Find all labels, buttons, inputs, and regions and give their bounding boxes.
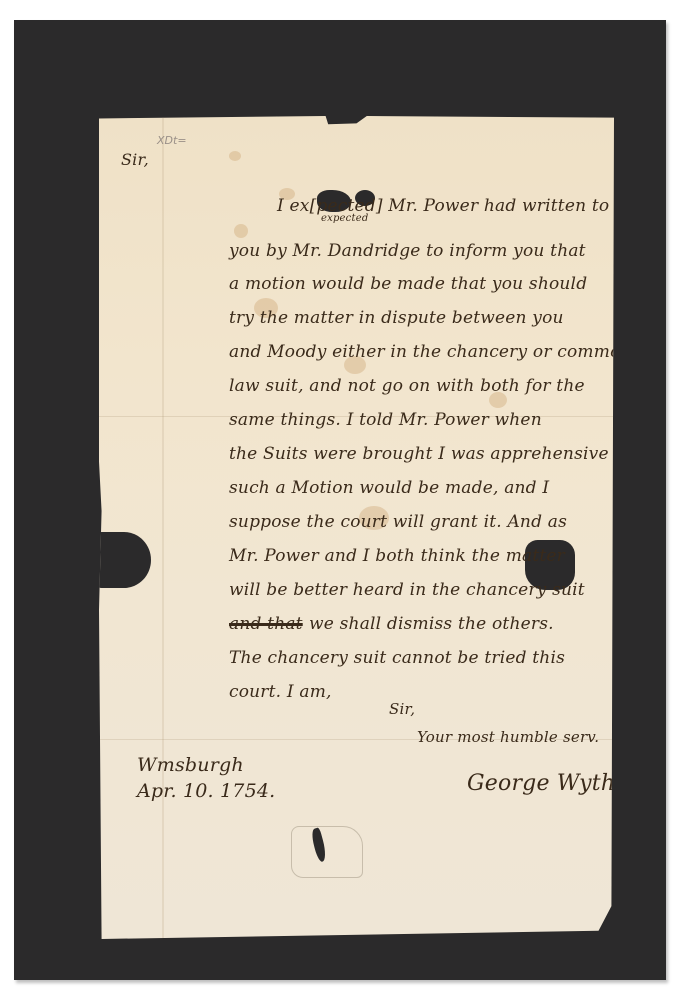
salutation: Sir, — [121, 150, 149, 169]
body-line: you by Mr. Dandridge to inform you that — [229, 241, 586, 261]
interlineation: expected — [321, 213, 368, 224]
closing: Your most humble serv. — [417, 728, 599, 746]
body-line: we shall dismiss the others. — [309, 614, 554, 634]
body-line: try the matter in dispute between you — [229, 308, 564, 328]
paper-repair — [291, 826, 363, 878]
body-line: and Moody either in the chancery or comm… — [229, 342, 632, 362]
stain — [229, 151, 241, 161]
signature: George Wythe — [467, 771, 628, 796]
body-line: The chancery suit cannot be tried this — [229, 648, 565, 668]
body-line: suppose the court will grant it. And as — [229, 512, 567, 532]
place: Wmsburgh — [137, 754, 244, 776]
letter-paper: XDt= Sir, I ex[pected] Mr. Power had wri… — [99, 116, 614, 939]
stain — [234, 224, 248, 238]
body-line: Mr. Power and I both think the matter — [229, 546, 565, 566]
body-line: a motion would be made that you should — [229, 274, 587, 294]
body-line: same things. I told Mr. Power when — [229, 410, 542, 430]
edge-loss — [97, 532, 151, 588]
fold-line-vertical — [162, 116, 164, 939]
struck-text: and that — [229, 614, 303, 634]
body-line: such a Motion would be made, and I — [229, 478, 549, 498]
body-line: will be better heard in the chancery sui… — [229, 580, 585, 600]
pencil-note: XDt= — [157, 134, 187, 147]
body-line: court. I am, — [229, 682, 332, 702]
body-line: the Suits were brought I was apprehensiv… — [229, 444, 609, 464]
body-line: law suit, and not go on with both for th… — [229, 376, 585, 396]
date: Apr. 10. 1754. — [137, 780, 275, 802]
black-mat-board: XDt= Sir, I ex[pected] Mr. Power had wri… — [14, 20, 666, 980]
closing-sir: Sir, — [389, 700, 415, 718]
